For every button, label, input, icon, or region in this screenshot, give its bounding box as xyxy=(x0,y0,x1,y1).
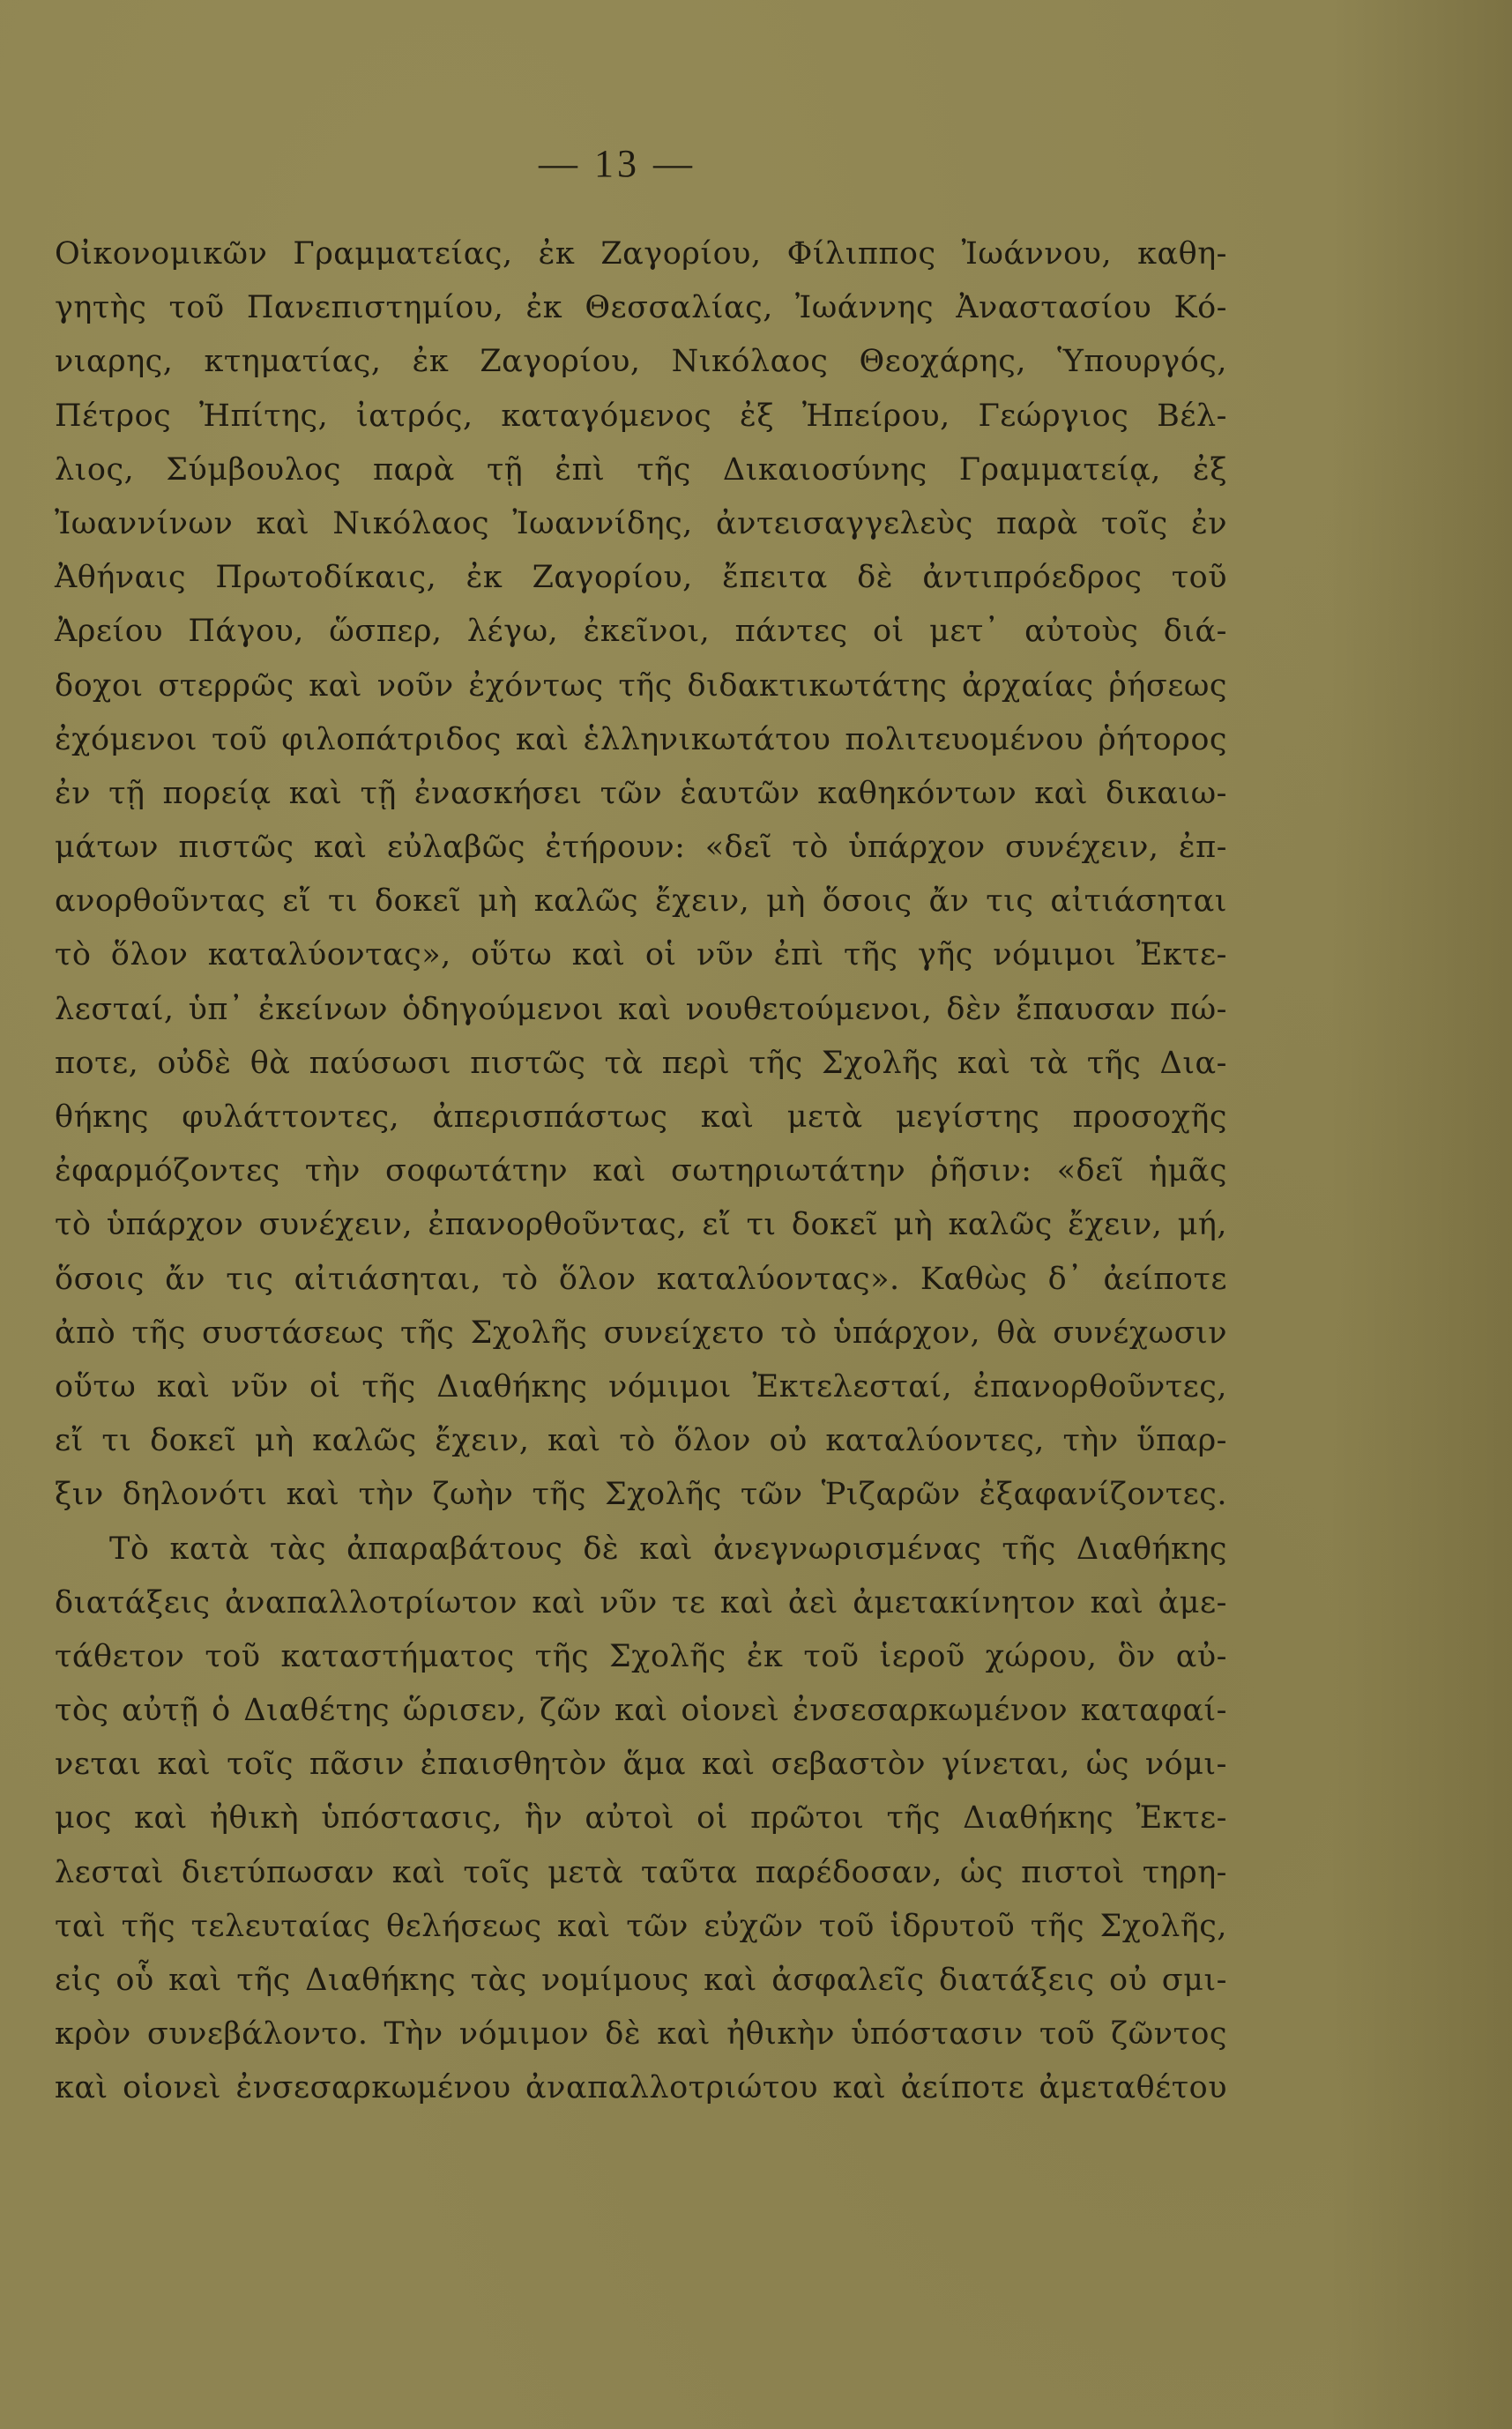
text-line: κρὸν συνεβάλοντο. Τὴν νόμιμον δὲ καὶ ἠθι… xyxy=(55,2008,1227,2061)
text-line: Ἰωαννίνων καὶ Νικόλαος Ἰωαννίδης, ἀντεισ… xyxy=(55,497,1227,551)
text-line: λεσταί, ὑπ᾽ ἐκείνων ὁδηγούμενοι καὶ νουθ… xyxy=(55,983,1227,1037)
book-page: — 13 — Οἰκονομικῶν Γραμματείας, ἐκ Ζαγορ… xyxy=(0,0,1512,2429)
text-line: Ἀρείου Πάγου, ὥσπερ, λέγω, ἐκεῖνοι, πάντ… xyxy=(55,605,1227,659)
paragraph-start-line: Τὸ κατὰ τὰς ἀπαραβάτους δὲ καὶ ἀνεγνωρισ… xyxy=(55,1523,1227,1576)
text-line: τάθετον τοῦ καταστήματος τῆς Σχολῆς ἐκ τ… xyxy=(55,1630,1227,1684)
text-line: καὶ οἱονεὶ ἐνσεσαρκωμένου ἀναπαλλοτριώτο… xyxy=(55,2061,1227,2115)
text-line: ανορθοῦντας εἴ τι δοκεῖ μὴ καλῶς ἔχειν, … xyxy=(55,875,1227,928)
text-line: γητὴς τοῦ Πανεπιστημίου, ἐκ Θεσσαλίας, Ἰ… xyxy=(55,281,1227,335)
text-line: λεσταὶ διετύπωσαν καὶ τοῖς μετὰ ταῦτα πα… xyxy=(55,1846,1227,1900)
body-text: Οἰκονομικῶν Γραμματείας, ἐκ Ζαγορίου, Φί… xyxy=(55,227,1227,2116)
text-line: τὸ ὅλον καταλύοντας», οὕτω καὶ οἱ νῦν ἐπ… xyxy=(55,928,1227,982)
text-line: ἐν τῇ πορείᾳ καὶ τῇ ἐνασκήσει τῶν ἑαυτῶν… xyxy=(55,767,1227,821)
page-number: — 13 — xyxy=(0,141,1234,186)
text-line: τὸ ὑπάρχον συνέχειν, ἐπανορθοῦντας, εἴ τ… xyxy=(55,1198,1227,1252)
text-line: δοχοι στερρῶς καὶ νοῦν ἐχόντως τῆς διδακ… xyxy=(55,659,1227,713)
text-line: ὅσοις ἄν τις αἰτιάσηται, τὸ ὅλον καταλύο… xyxy=(55,1253,1227,1307)
text-line: μος καὶ ἠθικὴ ὑπόστασις, ἣν αὐτοὶ οἱ πρῶ… xyxy=(55,1792,1227,1845)
text-line: Ἀθήναις Πρωτοδίκαις, ἐκ Ζαγορίου, ἔπειτα… xyxy=(55,551,1227,605)
text-line: μάτων πιστῶς καὶ εὐλαβῶς ἐτήρουν: «δεῖ τ… xyxy=(55,821,1227,875)
text-line: Οἰκονομικῶν Γραμματείας, ἐκ Ζαγορίου, Φί… xyxy=(55,227,1227,281)
text-line: νεται καὶ τοῖς πᾶσιν ἐπαισθητὸν ἅμα καὶ … xyxy=(55,1738,1227,1792)
text-line: ἐχόμενοι τοῦ φιλοπάτριδος καὶ ἑλληνικωτά… xyxy=(55,713,1227,767)
text-line: εἰς οὗ καὶ τῆς Διαθήκης τὰς νομίμους καὶ… xyxy=(55,1954,1227,2008)
text-line: τὸς αὐτῇ ὁ Διαθέτης ὥρισεν, ζῶν καὶ οἱον… xyxy=(55,1684,1227,1738)
text-line: ἐφαρμόζοντες τὴν σοφωτάτην καὶ σωτηριωτά… xyxy=(55,1144,1227,1198)
text-line: θήκης φυλάττοντες, ἀπερισπάστως καὶ μετὰ… xyxy=(55,1091,1227,1144)
text-line: οὕτω καὶ νῦν οἱ τῆς Διαθήκης νόμιμοι Ἐκτ… xyxy=(55,1360,1227,1414)
text-line: διατάξεις ἀναπαλλοτρίωτον καὶ νῦν τε καὶ… xyxy=(55,1576,1227,1630)
text-line: νιαρης, κτηματίας, ἐκ Ζαγορίου, Νικόλαος… xyxy=(55,335,1227,389)
text-line: εἴ τι δοκεῖ μὴ καλῶς ἔχειν, καὶ τὸ ὅλον … xyxy=(55,1414,1227,1468)
text-line: ξιν δηλονότι καὶ τὴν ζωὴν τῆς Σχολῆς τῶν… xyxy=(55,1468,1227,1522)
text-line: Πέτρος Ἠπίτης, ἰατρός, καταγόμενος ἐξ Ἠπ… xyxy=(55,390,1227,443)
text-line: ποτε, οὐδὲ θὰ παύσωσι πιστῶς τὰ περὶ τῆς… xyxy=(55,1037,1227,1091)
text-line: ἀπὸ τῆς συστάσεως τῆς Σχολῆς συνείχετο τ… xyxy=(55,1307,1227,1360)
text-line: ταὶ τῆς τελευταίας θελήσεως καὶ τῶν εὐχῶ… xyxy=(55,1900,1227,1954)
text-line: λιος, Σύμβουλος παρὰ τῇ ἐπὶ τῆς Δικαιοσύ… xyxy=(55,443,1227,497)
